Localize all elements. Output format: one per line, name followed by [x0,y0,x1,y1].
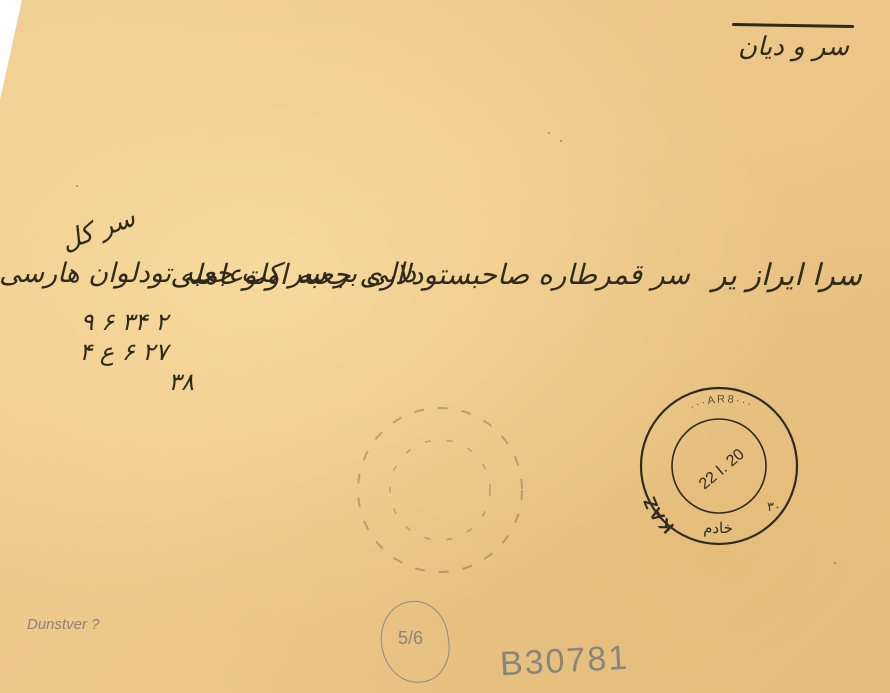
postmark-town: KAZ [639,494,677,537]
address-line-right: سرا ایراز یر [712,258,862,293]
top-right-note-text: سر و دیان [738,32,849,62]
svg-text:KAZ: KAZ [639,494,677,537]
ink-speck [834,562,836,564]
postmark-date: 22 I. 20 [696,446,748,493]
number-line: ۲۷ ۶ ع ۴ [68,338,168,366]
postmark-top-text: ···AR8··· [688,393,755,413]
svg-text:···AR8···: ···AR8··· [688,393,755,413]
number-line: ۳۸ [94,368,194,396]
ink-speck [548,132,550,134]
ink-speck [560,140,562,142]
postmark: KAZ ···AR8··· 22 I. 20 خادم ٣٠ [636,383,802,549]
catalog-number: B30781 [499,639,630,685]
postmark-bottom-arabic: خادم [703,519,733,537]
number-line: ۲ ۳۴ ۶ ۹ [68,308,168,336]
top-right-note: سر و دیان [728,18,860,78]
faint-postmark [345,395,535,585]
address-line-left: دالی بر سر کت جعبه تودلوان هارسی (لائی) [76,258,416,289]
ink-speck [76,185,78,187]
postmark-right-arabic: ٣٠ [767,500,781,515]
pencil-circled-fraction: 5/6 [398,628,423,649]
pencil-note-name: Dunstver ? [27,616,100,633]
left-number-list: ۲ ۳۴ ۶ ۹ ۲۷ ۶ ع ۴ ۳۸ [68,308,168,396]
